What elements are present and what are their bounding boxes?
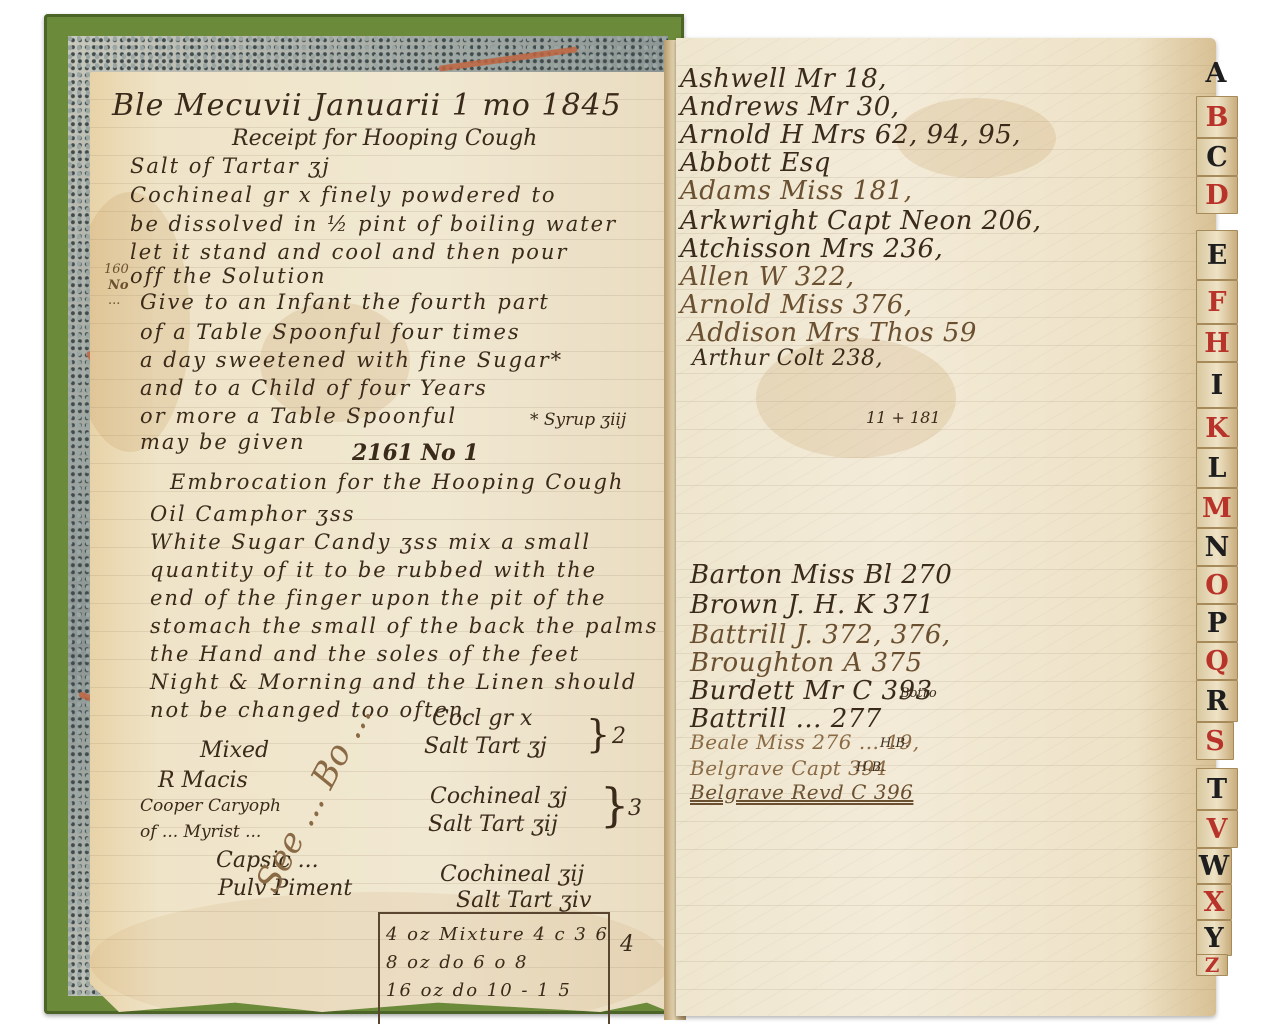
brace-line: Salt Tart ʒj xyxy=(424,734,547,759)
price-line: 16 oz do 10 - 1 5 xyxy=(386,980,572,1001)
recipe-line: or more a Table Spoonful xyxy=(140,404,457,428)
index-entry-a: Arnold H Mrs 62, 94, 95, xyxy=(680,120,1021,150)
index-entry-a: Atchisson Mrs 236, xyxy=(680,234,943,264)
brace-icon: } xyxy=(600,778,629,832)
recipe-title: Embrocation for the Hooping Cough xyxy=(170,470,624,494)
recipe-line: of a Table Spoonful four times xyxy=(140,320,521,344)
index-tab-r[interactable]: R xyxy=(1196,680,1238,722)
index-tab-p[interactable]: P xyxy=(1196,604,1238,642)
recipe-line: the Hand and the soles of the feet xyxy=(150,642,580,666)
index-entry-b: Burdett Mr C 393 xyxy=(690,676,933,706)
brace-number: 4 xyxy=(620,932,634,957)
recipe-line: off the Solution xyxy=(130,264,327,288)
index-entry-b: Belgrave Revd C 396 xyxy=(690,780,913,804)
brace-line: Cochineal ʒij xyxy=(440,862,584,887)
index-tab-v[interactable]: V xyxy=(1196,810,1238,848)
index-tab-f[interactable]: F xyxy=(1196,280,1238,324)
index-tab-o[interactable]: O xyxy=(1196,566,1238,604)
recipe-line: may be given xyxy=(140,430,306,454)
index-entry-a: Arnold Miss 376, xyxy=(680,290,913,320)
index-entry-a: Ashwell Mr 18, xyxy=(680,64,887,94)
recipe-line: stomach the small of the back the palms … xyxy=(150,614,691,638)
brace-line: Cocl gr x xyxy=(432,706,532,731)
index-tab-i[interactable]: I xyxy=(1196,362,1238,408)
annotation-line: Mixed xyxy=(200,738,269,763)
index-entry-a: Allen W 322, xyxy=(680,262,855,292)
index-tab-k[interactable]: K xyxy=(1196,408,1238,448)
index-entry-a: Andrews Mr 30, xyxy=(680,92,900,122)
margin-note: ... xyxy=(108,293,120,308)
page-heading: Ble Mecuvii Januarii 1 mo 1845 xyxy=(112,88,622,123)
index-tab-z[interactable]: Z xyxy=(1196,954,1228,976)
entry-annotation: H.B. xyxy=(856,760,885,775)
recipe-line: Give to an Infant the fourth part xyxy=(140,290,550,314)
entry-annotation: Botro xyxy=(900,686,937,701)
alphabet-index-tabs: A B C D E F H I K L M N O P Q R S T V W … xyxy=(1196,56,1238,972)
recipe-line: quantity of it to be rubbed with the xyxy=(150,558,597,582)
recipe-line: and to a Child of four Years xyxy=(140,376,488,400)
index-tab-c[interactable]: C xyxy=(1196,138,1238,176)
entry-annotation: H.B. xyxy=(880,736,909,751)
recipe-line: be dissolved in ½ pint of boiling water xyxy=(130,212,617,236)
brace-line: Salt Tart ʒiv xyxy=(456,888,591,913)
index-entry-a: Arthur Colt 238, xyxy=(692,346,883,371)
recipe-title: Receipt for Hooping Cough xyxy=(232,126,537,151)
price-line: 4 oz Mixture 4 c 3 6 xyxy=(386,924,609,945)
index-tab-e[interactable]: E xyxy=(1196,230,1238,280)
recipe-line: not be changed too often xyxy=(150,698,464,722)
recipe-line: Oil Camphor ʒss xyxy=(150,502,356,526)
index-tab-b[interactable]: B xyxy=(1196,96,1238,138)
index-tab-q[interactable]: Q xyxy=(1196,642,1238,680)
brace-number: 3 xyxy=(628,796,642,821)
index-entry-a: Abbott Esq xyxy=(680,148,831,178)
index-tab-m[interactable]: M xyxy=(1196,488,1238,528)
index-tab-x[interactable]: X xyxy=(1196,884,1232,920)
margin-note: No xyxy=(108,278,129,293)
index-entry-b: Battrill J. 372, 376, xyxy=(690,620,951,650)
section-number: 2161 No 1 xyxy=(352,440,479,466)
recipe-line: White Sugar Candy ʒss mix a small xyxy=(150,530,591,554)
index-entry-a: Addison Mrs Thos 59 xyxy=(688,318,977,348)
index-tab-h[interactable]: H xyxy=(1196,324,1238,362)
recipe-line: let it stand and cool and then pour xyxy=(130,240,568,264)
index-tab-w[interactable]: W xyxy=(1196,848,1232,884)
recipe-footnote: * Syrup ʒiij xyxy=(530,410,626,430)
index-tab-n[interactable]: N xyxy=(1196,528,1238,566)
annotation-line: of ... Myrist ... xyxy=(140,822,261,842)
brace-line: Cochineal ʒj xyxy=(430,784,567,809)
index-tab-t[interactable]: T xyxy=(1196,768,1238,810)
brace-number: 2 xyxy=(612,724,626,749)
index-entry-a: Arkwright Capt Neon 206, xyxy=(680,206,1042,236)
annotation-line: Cooper Caryoph xyxy=(140,796,281,816)
margin-note: 160 xyxy=(104,262,129,277)
recipe-line: a day sweetened with fine Sugar* xyxy=(140,348,563,372)
index-tab-y[interactable]: Y xyxy=(1196,920,1232,956)
recipe-line: Salt of Tartar ʒj xyxy=(130,154,331,178)
recipe-line: Cochineal gr x finely powdered to xyxy=(130,183,557,207)
index-entry-a: Adams Miss 181, xyxy=(680,176,912,206)
marble-vein xyxy=(438,46,577,71)
index-entry-b: Barton Miss Bl 270 xyxy=(690,560,952,590)
index-tab-d[interactable]: D xyxy=(1196,176,1238,214)
price-line: 8 oz do 6 o 8 xyxy=(386,952,528,973)
brace-line: Salt Tart ʒij xyxy=(428,812,558,837)
mid-page-note: 11 + 181 xyxy=(866,408,940,427)
brace-icon: } xyxy=(586,712,610,756)
index-entry-b: Brown J. H. K 371 xyxy=(690,590,934,620)
index-tab-a[interactable]: A xyxy=(1196,56,1236,90)
index-tab-l[interactable]: L xyxy=(1196,448,1238,488)
index-tab-s[interactable]: S xyxy=(1196,722,1234,760)
recipe-line: Night & Morning and the Linen should xyxy=(150,670,637,694)
index-entry-b: Broughton A 375 xyxy=(690,648,923,678)
recipe-line: end of the finger upon the pit of the xyxy=(150,586,606,610)
open-ledger-book: Ble Mecuvii Januarii 1 mo 1845 Receipt f… xyxy=(0,0,1280,1032)
annotation-line: R Macis xyxy=(158,768,248,793)
